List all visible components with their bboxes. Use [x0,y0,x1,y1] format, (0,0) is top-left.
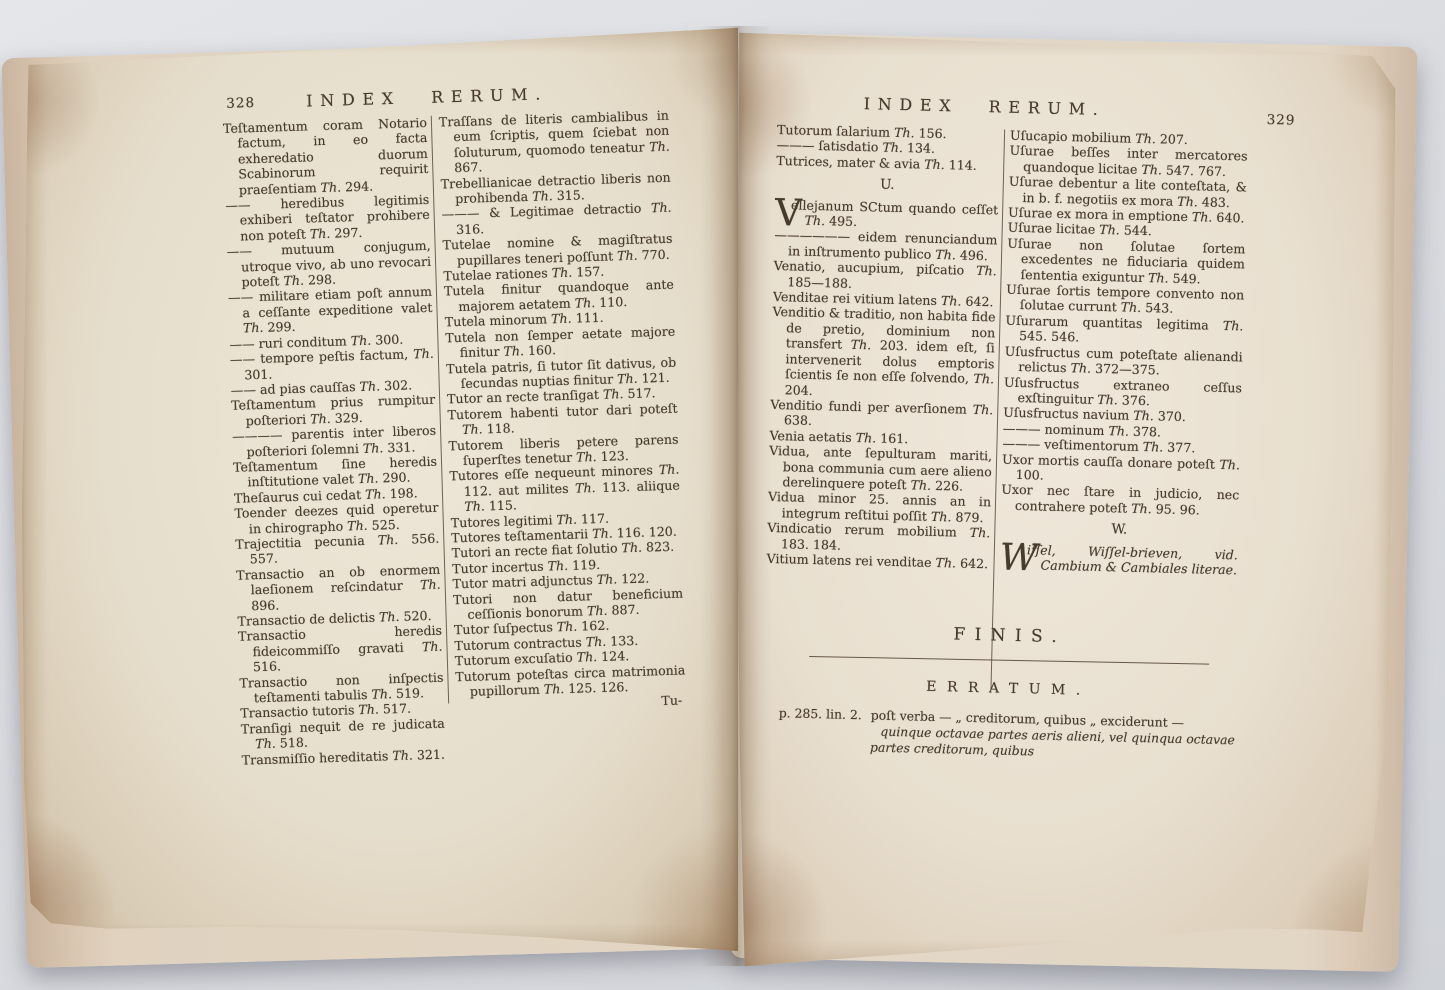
left-page-textblock: 328 INDEX RERUM. Teſtamentum coram Notar… [220,80,693,118]
index-entry: Wiſſel, Wiſſel-brieven, vid. Cambium & C… [999,541,1238,578]
index-entry: Venditio & traditio, non habita fide de … [771,304,996,402]
erratum-entry: p. 285. lin. 2. poſt verba — „ creditoru… [772,705,1243,764]
index-entry: Transactio heredis fideicommiſſo gravati… [238,623,443,675]
left-running-title: INDEX RERUM. [306,84,548,110]
index-entry: Uxor nec ſtare in judicio, nec contraher… [1001,482,1240,519]
left-page: 328 INDEX RERUM. Teſtamentum coram Notar… [22,26,738,951]
index-entry: Vidua, ante ſepulturam mariti, bona comm… [768,443,992,495]
right-page-textblock: INDEX RERUM. 329 Tutorum ſalarium Th. 15… [777,92,1301,129]
index-entry: —— mutuum conjugum, utroque vivo, ab uno… [226,238,431,290]
right-page-column-2: Uſucapio mobilium Th. 207.Uſurae beſſes … [999,128,1248,578]
finis-rule [809,656,1209,665]
index-entry: Transactio non inſpectis teſtamenti tabu… [239,669,444,706]
erratum-body: poſt verba — „ creditorum, quibus „ exci… [870,707,1243,764]
index-entry: Venditio fundi per averſionem Th. 638. [770,397,994,433]
left-page-column-2: Traſſans de literis cambialibus in eum ſ… [439,108,686,700]
right-page: INDEX RERUM. 329 Tutorum ſalarium Th. 15… [736,28,1398,968]
index-entry: Traſſans de literis cambialibus in eum ſ… [439,108,671,176]
photo-of-open-book: { "palette":{"background":"#d9dce0","pap… [0,0,1445,990]
right-running-title: INDEX RERUM. [864,94,1106,119]
left-page-number: 328 [226,95,255,112]
finis-erratum-area: FINIS. ERRATUM. p. 285. lin. 2. poſt ver… [772,620,1245,764]
index-entry: Tutores eſſe nequeunt minores Th. 112. a… [449,462,680,515]
index-entry: —— heredibus legitimis exhiberi teſtator… [225,192,430,244]
erratum-page-ref: p. 285. lin. 2. [772,705,871,755]
index-entry: Transactio an ob enormem laeſionem reſci… [236,561,441,613]
right-page-column-1: Tutorum ſalarium Th. 156.——— ſatisdatio … [766,122,1000,572]
left-page-column-1: Teſtamentum coram Notario factum, in eo … [223,115,446,768]
right-page-number: 329 [1266,112,1295,129]
index-entry: Uſurae non ſolutae ſortem excedentes ne … [1006,235,1245,287]
index-entry: Uſusfructus cum poteſtate alienandi reli… [1004,343,1243,380]
index-entry: Teſtamentum coram Notario factum, in eo … [223,115,429,198]
erratum-title: ERRATUM. [773,675,1243,702]
section-letter-heading: U. [776,175,999,196]
index-entry: —— militare etiam poſt annum a ceſſante … [228,284,433,336]
finis-title: FINIS. [775,620,1245,651]
